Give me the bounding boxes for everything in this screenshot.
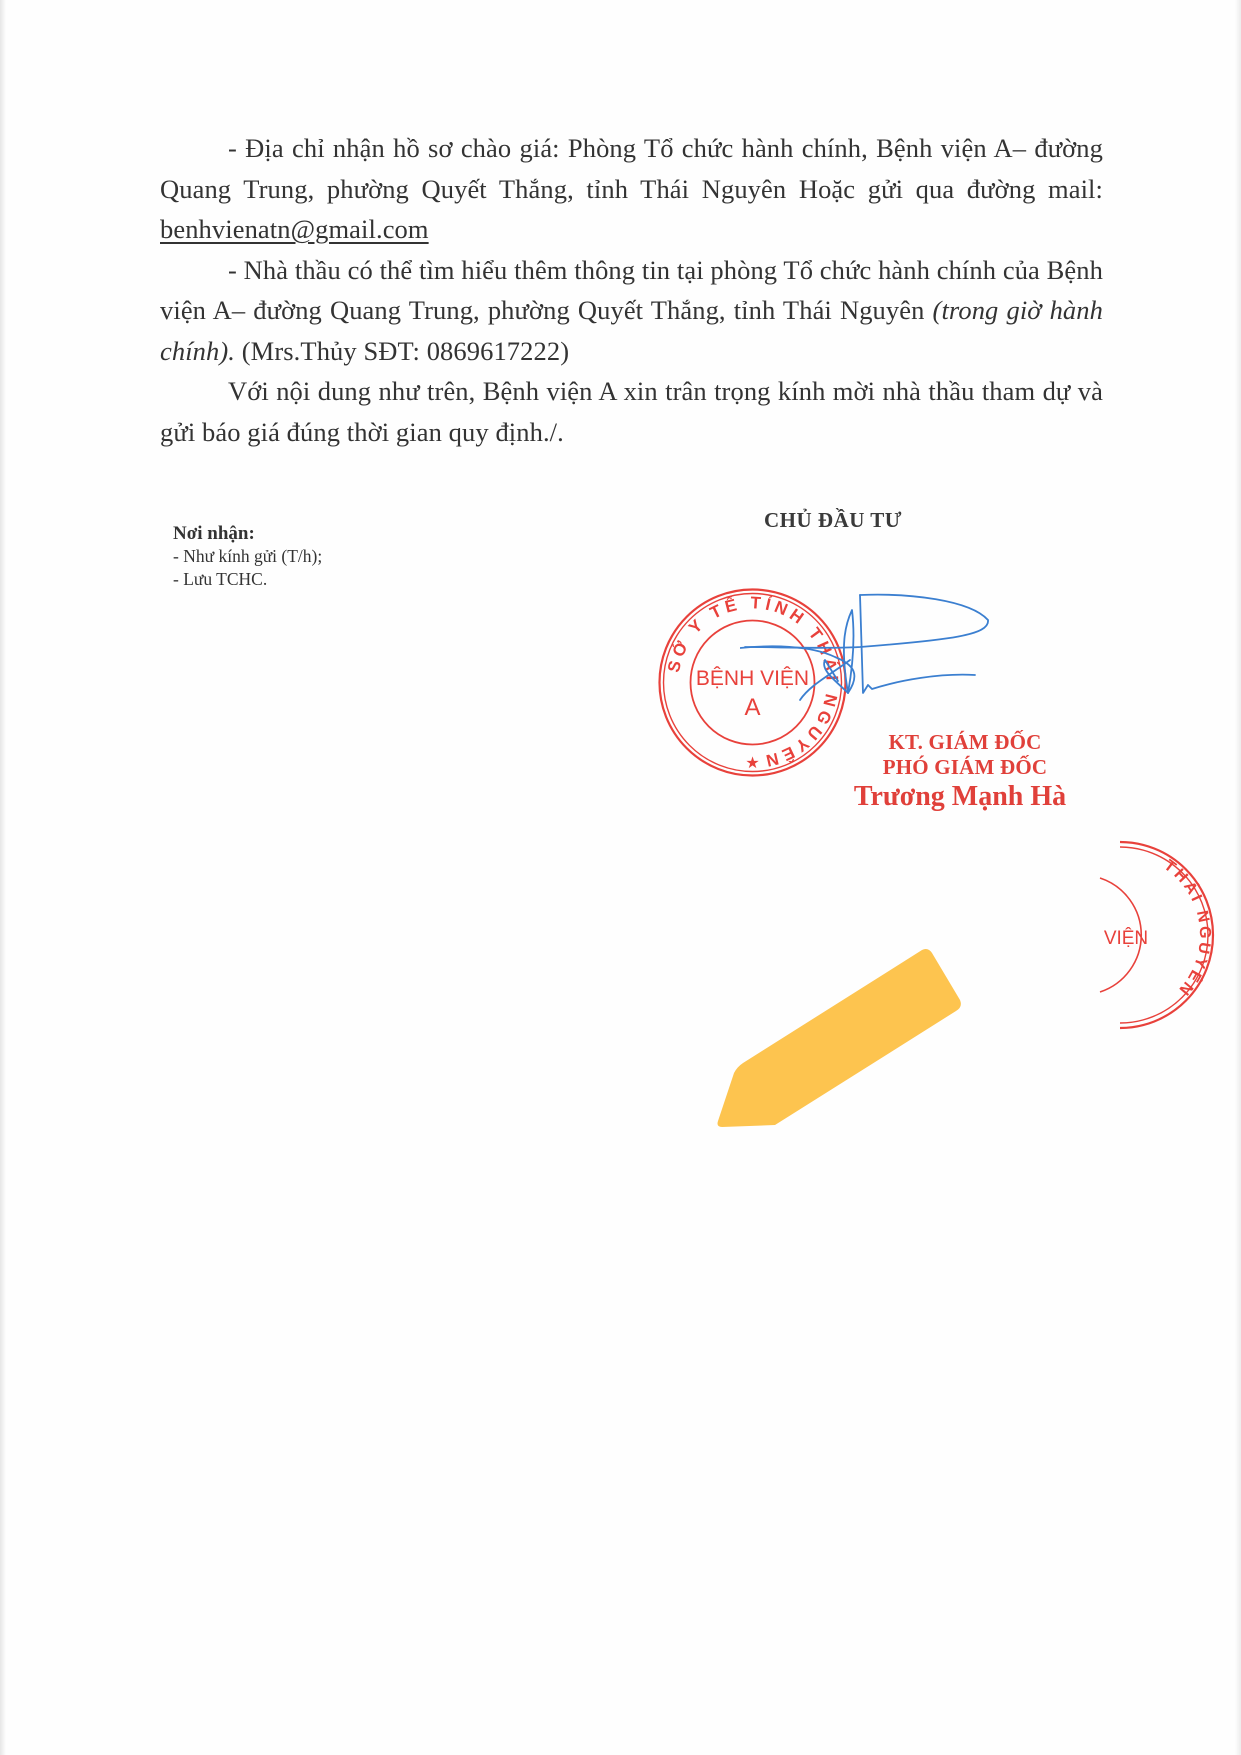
recipient-item: - Như kính gửi (T/h);	[173, 545, 322, 568]
partial-stamp-icon: THÁI NGUYÊN VIỆN	[1080, 830, 1241, 1040]
investor-heading: CHỦ ĐẦU TƯ	[764, 508, 902, 533]
recipient-item: - Lưu TCHC.	[173, 568, 322, 591]
signature-block: KT. GIÁM ĐỐC PHÓ GIÁM ĐỐC Trương Mạnh Hà	[835, 730, 1095, 814]
address-text: - Địa chỉ nhận hồ sơ chào giá: Phòng Tổ …	[160, 133, 1103, 204]
stamp-star: ★	[745, 755, 759, 772]
recipients-title: Nơi nhận:	[173, 522, 322, 545]
closing-text: Với nội dung như trên, Bệnh viện A xin t…	[160, 376, 1103, 447]
email-link[interactable]: benhvienatn@gmail.com	[160, 214, 429, 244]
partial-stamp-ring-text: THÁI NGUYÊN	[1161, 857, 1214, 1000]
contact-info: (Mrs.Thủy SĐT: 0869617222)	[235, 336, 569, 366]
paragraph-closing: Với nội dung như trên, Bệnh viện A xin t…	[160, 371, 1103, 452]
recipients-block: Nơi nhận: - Như kính gửi (T/h); - Lưu TC…	[173, 522, 322, 591]
paragraph-address: - Địa chỉ nhận hồ sơ chào giá: Phòng Tổ …	[160, 128, 1103, 250]
svg-text:THÁI NGUYÊN: THÁI NGUYÊN	[1161, 857, 1214, 1000]
document-page: - Địa chỉ nhận hồ sơ chào giá: Phòng Tổ …	[0, 0, 1241, 1755]
handwritten-signature-icon	[740, 585, 990, 725]
paragraph-info: - Nhà thầu có thể tìm hiểu thêm thông ti…	[160, 250, 1103, 372]
document-body: - Địa chỉ nhận hồ sơ chào giá: Phòng Tổ …	[160, 128, 1103, 452]
scan-edge	[0, 0, 6, 1755]
partial-stamp-center-text: VIỆN	[1104, 927, 1148, 949]
signer-role-line-2: PHÓ GIÁM ĐỐC	[835, 755, 1095, 780]
signer-name: Trương Mạnh Hà	[825, 780, 1095, 814]
sign-here-flag-icon	[710, 945, 970, 1130]
signer-role-line-1: KT. GIÁM ĐỐC	[835, 730, 1095, 755]
